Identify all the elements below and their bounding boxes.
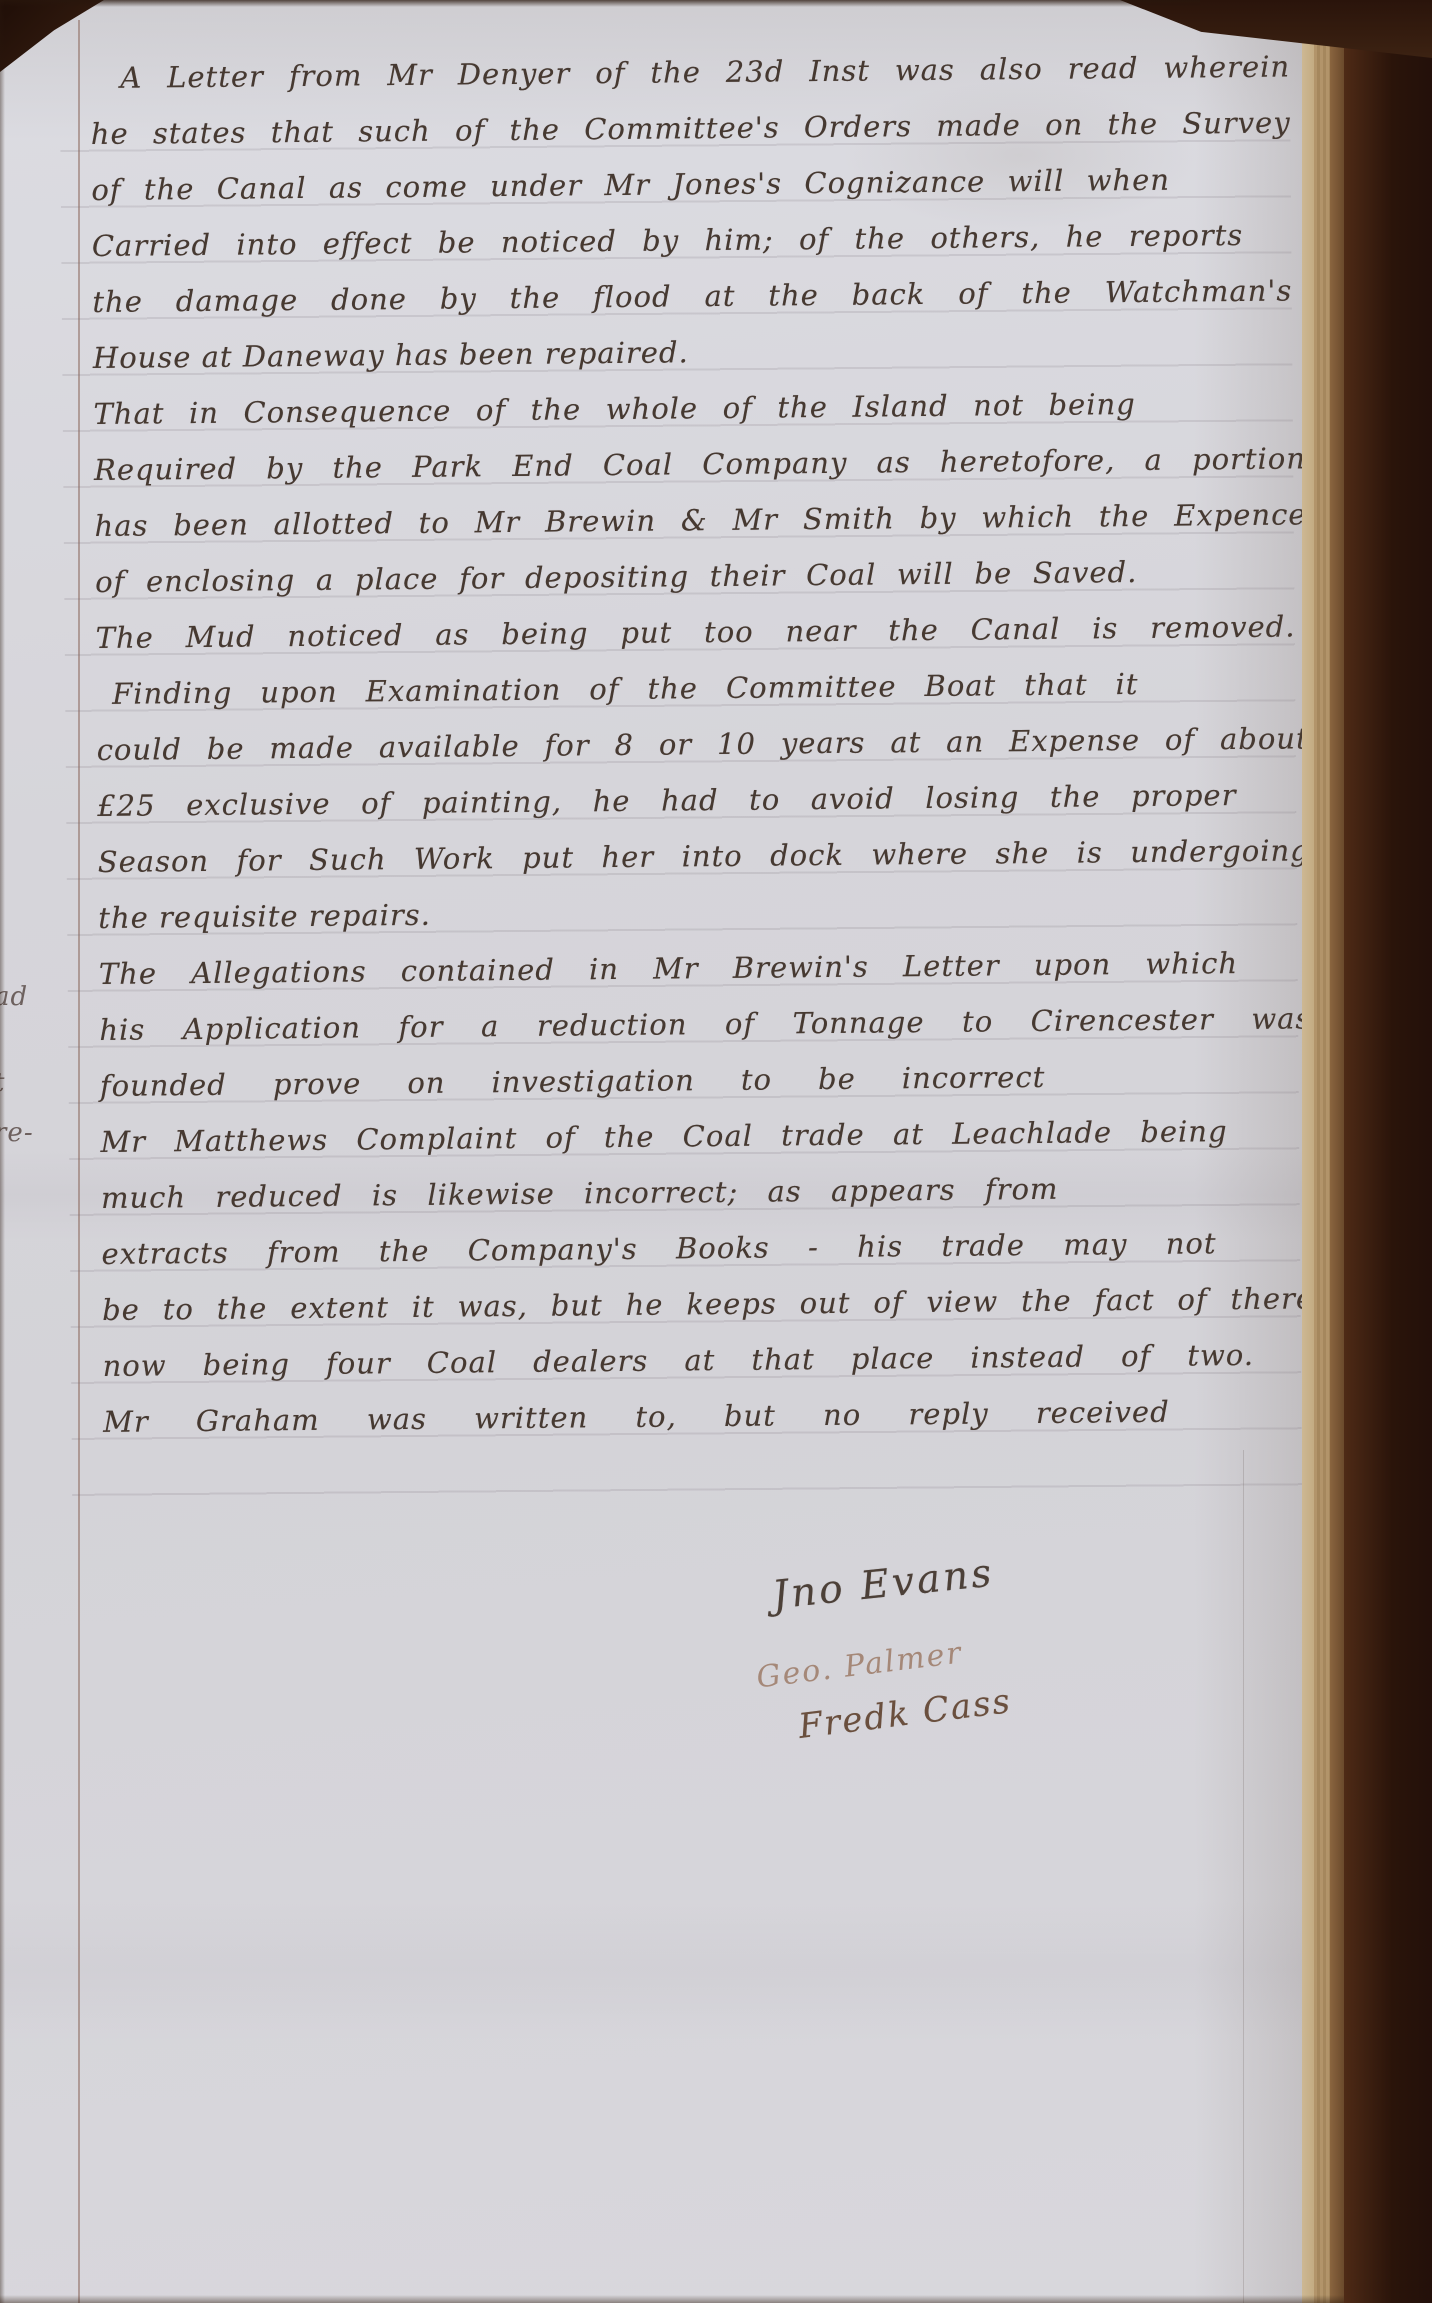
manuscript-page: A Letter from Mr Denyer of the 23d Inst … (0, 0, 1344, 2303)
photo-edge-top (0, 0, 1200, 7)
manuscript-line: of enclosing a place for depositing thei… (95, 544, 1138, 610)
manuscript-text-block: A Letter from Mr Denyer of the 23d Inst … (90, 38, 1315, 1450)
manuscript-line: Mr Matthews Complaint of the Coal trade … (100, 1103, 1228, 1170)
signature-geo-palmer: Geo. Palmer (755, 1636, 965, 1696)
page-fore-edge-shadow (1330, 0, 1344, 2303)
paper-stain (0, 1900, 1344, 2040)
page-fore-edge-stack (1314, 0, 1330, 2303)
facing-page-fragment: re- (0, 1118, 34, 1148)
scanned-manuscript-photo: A Letter from Mr Denyer of the 23d Inst … (0, 0, 1432, 2303)
page-crease (1243, 1450, 1244, 2303)
manuscript-line: Mr Graham was written to, but no reply r… (103, 1384, 1170, 1450)
manuscript-line: founded prove on investigation to be inc… (100, 1049, 1046, 1114)
manuscript-line: the damage done by the flood at the back… (92, 262, 1292, 330)
manuscript-line: Season for Such Work put her into dock w… (98, 822, 1310, 890)
photo-edge-left (0, 0, 5, 2303)
book-binding (1344, 0, 1432, 2303)
manuscript-line: much reduced is likewise incorrect; as a… (101, 1161, 1059, 1226)
manuscript-line: Finding upon Examination of the Committe… (96, 656, 1139, 722)
manuscript-line: That in Consequence of the whole of the … (93, 376, 1136, 442)
manuscript-line: of the Canal as come under Mr Jones's Co… (91, 152, 1170, 218)
page-fore-edge (1302, 0, 1314, 2303)
signature-jno-evans: Jno Evans (770, 1550, 996, 1618)
manuscript-line: his Application for a reduction of Tonna… (99, 990, 1311, 1058)
photo-edge-bottom (0, 2295, 1344, 2303)
signature-fredk-cass: Fredk Cass (796, 1681, 1014, 1747)
